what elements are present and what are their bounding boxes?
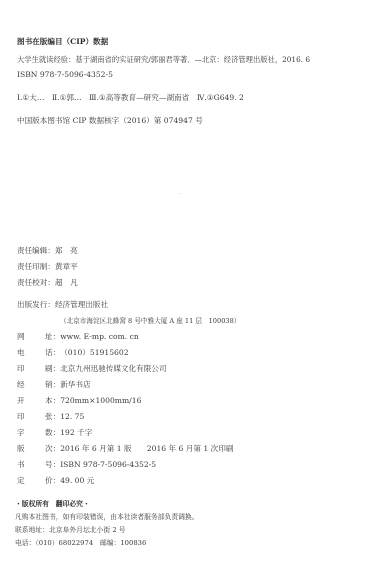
credit-value: 黄章平 <box>55 262 78 271</box>
field-key-1: 开 <box>17 396 45 406</box>
credit-value: 郑 亮 <box>55 246 78 255</box>
field-key-2: 价： <box>45 476 60 486</box>
publisher-label: 出版发行： <box>17 300 55 309</box>
field-value: 12. 75 <box>60 412 84 421</box>
credit-label: 责任校对： <box>17 278 55 287</box>
copyright-notice: 凡购本社图书，如有印装错误，由本社读者服务部负责调换。 <box>15 512 199 522</box>
field-key-2: 本： <box>45 396 60 406</box>
publisher-row: 出版发行：经济管理出版社 <box>17 300 108 310</box>
contact-phone: 电话：（010）68022974 邮编：100836 <box>15 538 146 548</box>
publisher-name: 经济管理出版社 <box>55 300 108 309</box>
field-key-2: 张： <box>45 412 60 422</box>
field-key-2: 销： <box>45 380 60 390</box>
field-distributor: 经销：新华书店 <box>17 380 91 390</box>
field-key-1: 字 <box>17 428 45 438</box>
field-edition: 版次：2016 年 6 月第 1 版 2016 年 6 月第 1 次印刷 <box>17 444 233 454</box>
field-sheets: 印张：12. 75 <box>17 412 84 422</box>
field-value: 192 千字 <box>60 428 92 437</box>
field-format: 开本：720mm×1000mm/16 <box>17 396 141 406</box>
cip-library-note: 中国版本图书馆 CIP 数据核字（2016）第 074947 号 <box>17 116 203 126</box>
field-key-1: 书 <box>17 460 45 470</box>
contact-address: 联系地址：北京阜外月坛北小街 2 号 <box>15 525 126 535</box>
stray-dot <box>179 193 180 194</box>
field-key-1: 版 <box>17 444 45 454</box>
field-value: 新华书店 <box>60 380 90 389</box>
publisher-address: （北京市海淀区北蜂窝 8 号中雅大厦 A 座 11 层 100038） <box>60 316 240 326</box>
field-key-2: 号： <box>45 460 60 470</box>
field-value: 2016 年 6 月第 1 版 2016 年 6 月第 1 次印刷 <box>60 444 233 453</box>
cip-isbn: ISBN 978-7-5096-4352-5 <box>17 70 113 80</box>
credit-label: 责任编辑： <box>17 246 55 255</box>
field-key-2: 数： <box>45 428 60 438</box>
credit-value: 超 凡 <box>55 278 78 287</box>
field-key-1: 印 <box>17 412 45 422</box>
field-value: 720mm×1000mm/16 <box>60 396 141 405</box>
credit-label: 责任印制： <box>17 262 55 271</box>
field-phone: 电话：（010）51915602 <box>17 348 129 358</box>
field-value: 北京九州迅驰传媒文化有限公司 <box>60 364 166 373</box>
field-key-2: 刷： <box>45 364 60 374</box>
field-key-1: 经 <box>17 380 45 390</box>
credit-proofreader: 责任校对：超 凡 <box>17 278 78 288</box>
credit-printing: 责任印制：黄章平 <box>17 262 78 272</box>
field-key-2: 话： <box>45 348 60 358</box>
copyright-heading: ・版权所有 翻印必究・ <box>15 499 90 509</box>
field-key-2: 次： <box>45 444 60 454</box>
cip-heading: 图书在版编目（CIP）数据 <box>17 37 108 47</box>
field-price: 定价：49. 00 元 <box>17 476 94 486</box>
field-key-1: 定 <box>17 476 45 486</box>
field-website: 网址：www. E-mp. com. cn <box>17 332 139 342</box>
field-value: 49. 00 元 <box>60 476 94 485</box>
field-word-count: 字数：192 千字 <box>17 428 92 438</box>
field-book-number: 书号：ISBN 978-7-5096-4352-5 <box>17 460 156 470</box>
field-key-2: 址： <box>45 332 60 342</box>
field-printer: 印刷：北京九州迅驰传媒文化有限公司 <box>17 364 167 374</box>
credit-editor: 责任编辑：郑 亮 <box>17 246 78 256</box>
field-key-1: 电 <box>17 348 45 358</box>
cip-citation: 大学生就读经验：基于湖南省的实证研究/郭丽君等著．—北京：经济管理出版社，201… <box>17 55 310 65</box>
field-value: （010）51915602 <box>60 348 128 357</box>
field-key-1: 网 <box>17 332 45 342</box>
field-value[interactable]: www. E-mp. com. cn <box>60 332 139 341</box>
field-value: ISBN 978-7-5096-4352-5 <box>60 460 156 469</box>
field-key-1: 印 <box>17 364 45 374</box>
cip-classification: Ⅰ.①大… Ⅱ.①郭… Ⅲ.①高等教育—研究—湖南省 Ⅳ.①G649. 2 <box>17 93 244 103</box>
